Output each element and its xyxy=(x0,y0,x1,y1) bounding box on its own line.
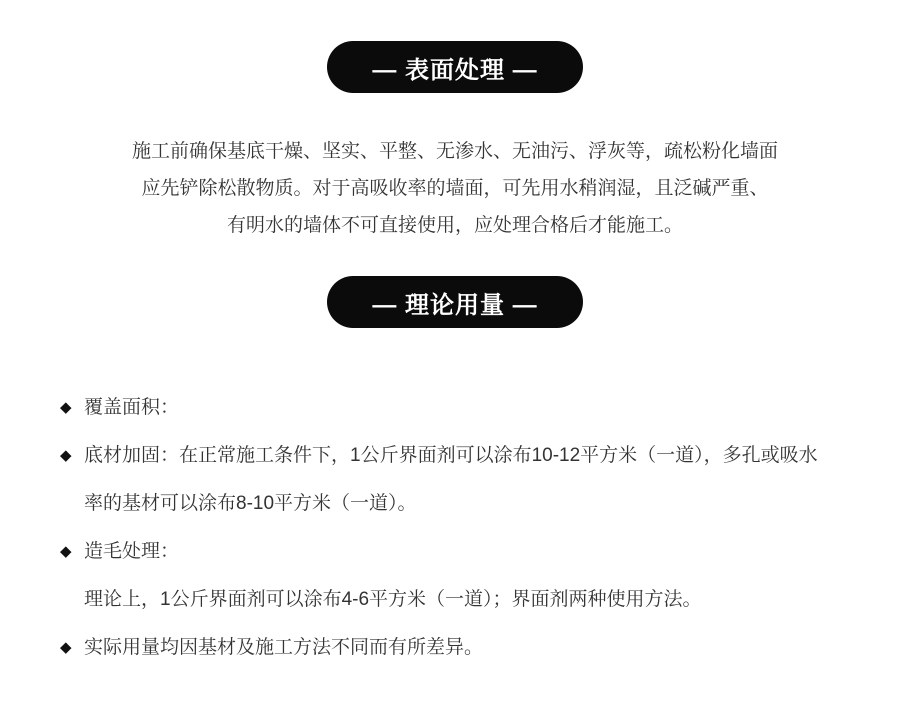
usage-list-item: ◆实际用量均因基材及施工方法不同而有所差异。 xyxy=(60,624,910,672)
surface-treatment-heading-pill: — 表面处理 — xyxy=(327,41,583,93)
section-surface-treatment: — 表面处理 — 施工前确保基底干燥、坚实、平整、无渗水、无油污、浮灰等，疏松粉… xyxy=(0,41,910,244)
usage-list-item: ◆造毛处理： xyxy=(60,528,910,576)
paragraph-line: 施工前确保基底干燥、坚实、平整、无渗水、无油污、浮灰等，疏松粉化墙面 xyxy=(0,133,910,170)
usage-list-item: ◆覆盖面积： xyxy=(60,384,910,432)
section-theoretical-usage: — 理论用量 — ◆覆盖面积：◆底材加固：在正常施工条件下，1公斤界面剂可以涂布… xyxy=(0,276,910,672)
theoretical-usage-heading-text: — 理论用量 — xyxy=(372,285,537,320)
product-description-page: — 表面处理 — 施工前确保基底干燥、坚实、平整、无渗水、无油污、浮灰等，疏松粉… xyxy=(0,0,910,707)
usage-item-text: 覆盖面积： xyxy=(84,384,179,432)
diamond-bullet-icon: ◆ xyxy=(60,384,84,432)
surface-treatment-paragraph: 施工前确保基底干燥、坚实、平整、无渗水、无油污、浮灰等，疏松粉化墙面应先铲除松散… xyxy=(0,133,910,244)
diamond-bullet-icon: ◆ xyxy=(60,528,84,576)
usage-item-text: 实际用量均因基材及施工方法不同而有所差异。 xyxy=(84,624,483,672)
usage-item-text: 底材加固：在正常施工条件下，1公斤界面剂可以涂布10-12平方米（一道），多孔或… xyxy=(84,432,824,528)
surface-treatment-heading-text: — 表面处理 — xyxy=(372,50,537,85)
usage-list-item: 理论上，1公斤界面剂可以涂布4-6平方米（一道）；界面剂两种使用方法。 xyxy=(60,576,910,624)
paragraph-line: 有明水的墙体不可直接使用，应处理合格后才能施工。 xyxy=(0,207,910,244)
theoretical-usage-list: ◆覆盖面积：◆底材加固：在正常施工条件下，1公斤界面剂可以涂布10-12平方米（… xyxy=(0,384,910,672)
usage-item-text: 造毛处理： xyxy=(84,528,179,576)
usage-item-text: 理论上，1公斤界面剂可以涂布4-6平方米（一道）；界面剂两种使用方法。 xyxy=(84,576,702,624)
usage-list-item: ◆底材加固：在正常施工条件下，1公斤界面剂可以涂布10-12平方米（一道），多孔… xyxy=(60,432,910,528)
paragraph-line: 应先铲除松散物质。对于高吸收率的墙面，可先用水稍润湿，且泛碱严重、 xyxy=(0,170,910,207)
theoretical-usage-heading-pill: — 理论用量 — xyxy=(327,276,583,328)
diamond-bullet-icon: ◆ xyxy=(60,624,84,672)
diamond-bullet-icon: ◆ xyxy=(60,432,84,480)
